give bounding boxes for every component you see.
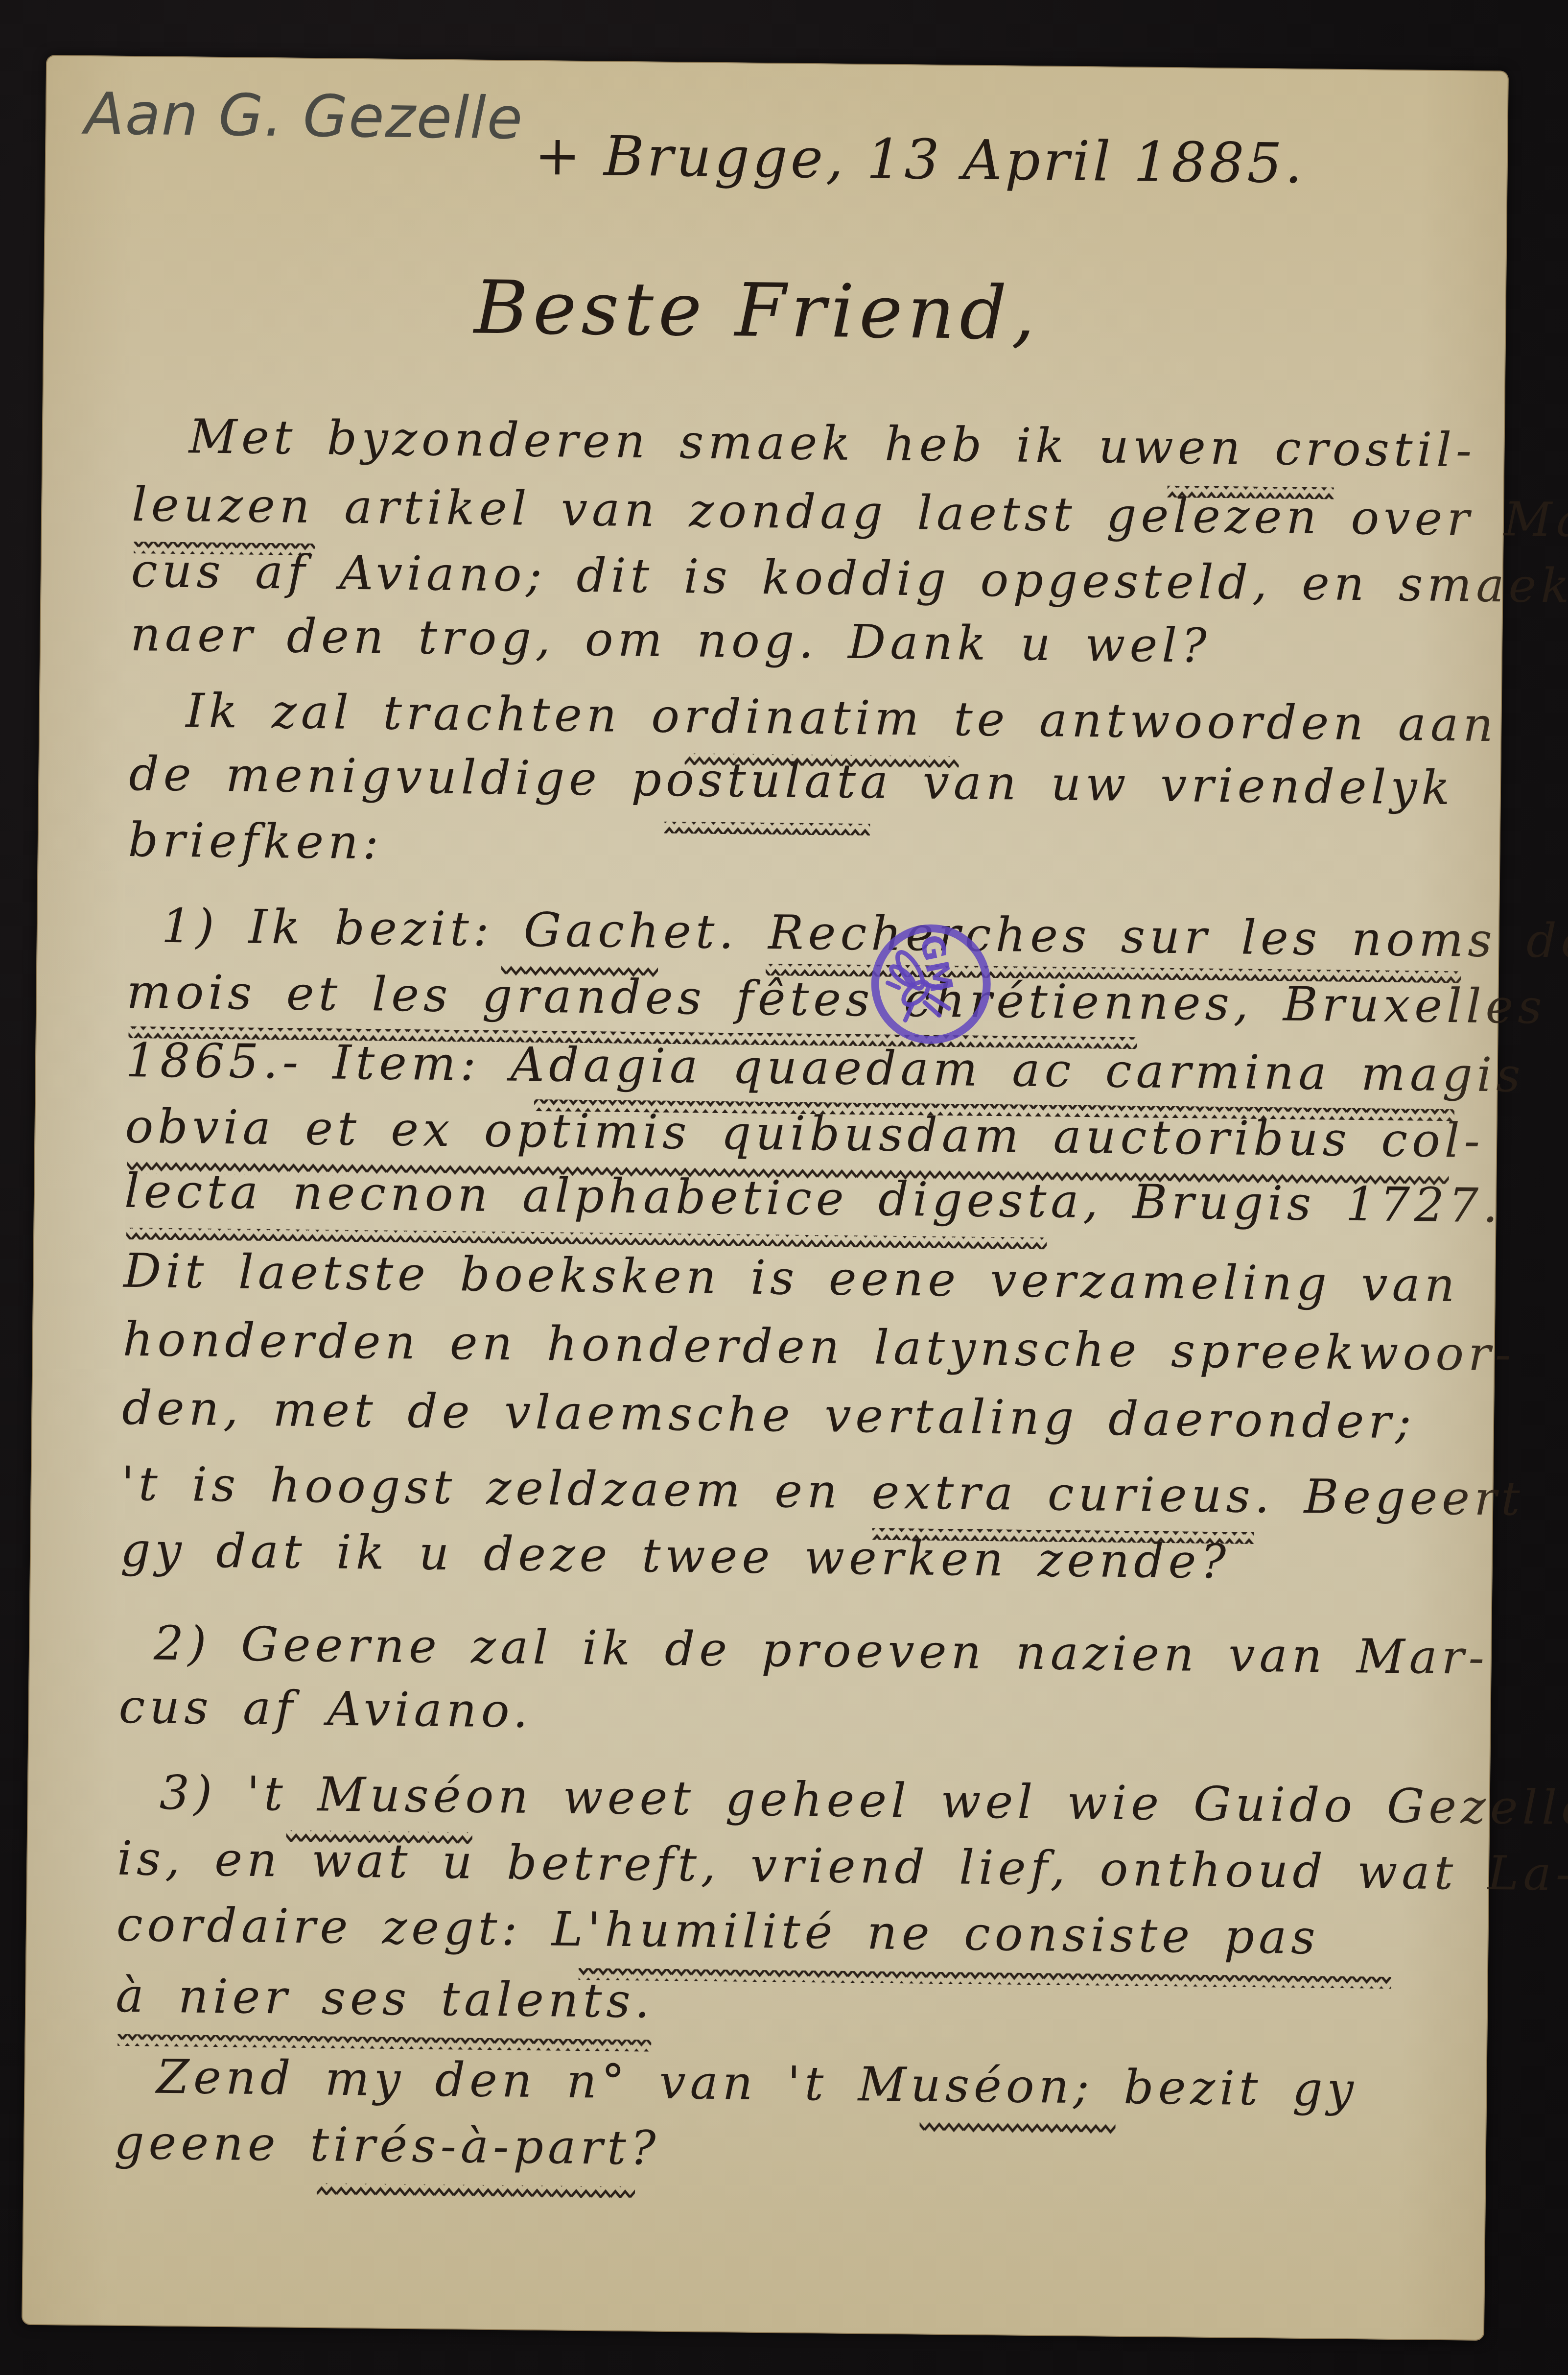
letter-line-5: Ik zal trachten ordinatim te antwoorden … xyxy=(186,683,1498,752)
letter-line-13: Dit laetste boeksken is eene verzameling… xyxy=(123,1243,1460,1313)
salutation: Beste Friend, xyxy=(474,265,1040,356)
letter-line-23: à nier ses talents. xyxy=(116,1968,655,2029)
letter-line-17: gy dat ik u deze twee werken zende? xyxy=(120,1522,1231,1590)
letter-line-19: cus af Aviano. xyxy=(118,1679,533,1738)
dateline: + Brugge, 13 April 1885. xyxy=(534,124,1306,196)
letter-line-12: lecta necnon alphabetice digesta, Brugis… xyxy=(124,1164,1502,1233)
letter-line-25: geene tirés-à-part? xyxy=(114,2115,660,2176)
letter-line-16: 't is hoogst zeldzaem en extra curieus. … xyxy=(121,1456,1524,1526)
letter-line-10: 1865.- Item: Adagia quaedam ac carmina m… xyxy=(125,1033,1525,1103)
letter-line-18: 2) Geerne zal ik de proeven nazien van M… xyxy=(153,1616,1489,1686)
letter-line-22: cordaire zegt: L'humilité ne consiste pa… xyxy=(116,1897,1320,1965)
letter-line-6: de menigvuldige postulata van uw vriende… xyxy=(129,746,1455,815)
letter-line-21: is, en wat u betreft, vriend lief, ontho… xyxy=(117,1831,1568,1901)
letter-line-3: cus af Aviano; dit is koddig opgesteld, … xyxy=(131,543,1568,614)
letter-line-4: naer den trog, om nog. Dank u wel? xyxy=(130,607,1211,673)
letter-line-9: mois et les grandes fêtes chrétiennes, B… xyxy=(126,964,1546,1034)
letter-line-11: obvia et ex optimis quibusdam auctoribus… xyxy=(125,1099,1485,1168)
letter-line-8: 1) Ik bezit: Gachet. Recherches sur les … xyxy=(161,899,1568,969)
letter-line-14: honderden en honderden latynsche spreekw… xyxy=(122,1312,1516,1382)
letter-line-20: 3) 't Muséon weet geheel wel wie Guido G… xyxy=(159,1765,1568,1836)
letter-line-15: den, met de vlaemsche vertaling daeronde… xyxy=(122,1380,1416,1449)
letter-sheet: Aan G. Gezelle + Brugge, 13 April 1885. … xyxy=(22,55,1509,2341)
letter-line-2: leuzen artikel van zondag laetst gelezen… xyxy=(132,477,1568,548)
letter-line-7: briefken: xyxy=(128,812,383,870)
letter-line-1: Met byzonderen smaek heb ik uwen crostil… xyxy=(188,409,1476,477)
letter-line-24: Zend my den n° van 't Muséon; bezit gy xyxy=(156,2049,1358,2117)
recipient-annotation: Aan G. Gezelle xyxy=(84,80,524,152)
